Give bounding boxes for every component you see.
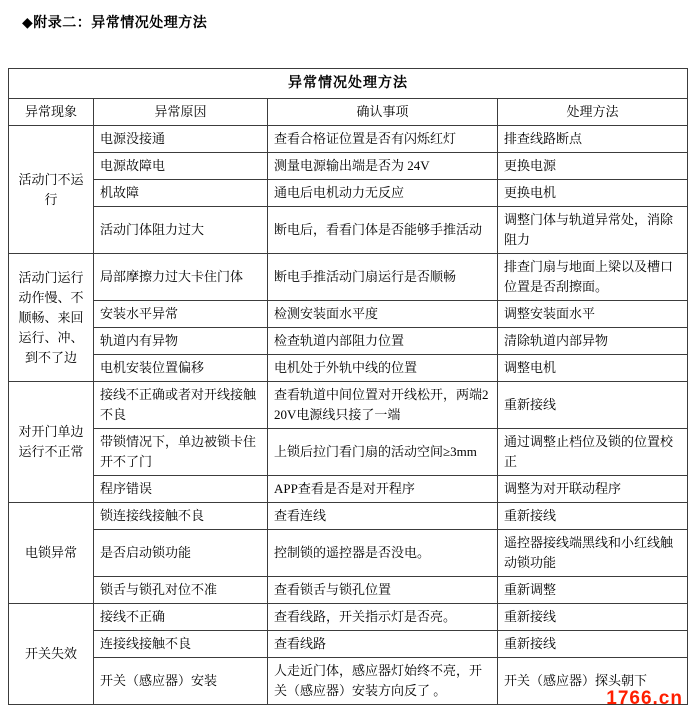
solution-cell: 排查线路断点 [498,126,688,153]
table-row: 对开门单边运行不正常接线不正确或者对开线接触不良查看轨道中间位置对开线松开，两端… [9,382,688,429]
cause-cell: 锁连接线接触不良 [94,503,268,530]
table-row: 轨道内有异物检查轨道内部阻力位置清除轨道内部异物 [9,328,688,355]
check-cell: 通电后电机动力无反应 [268,180,498,207]
check-cell: 控制锁的遥控器是否没电。 [268,530,498,577]
solution-cell: 重新调整 [498,577,688,604]
table-row: 机故障通电后电机动力无反应更换电机 [9,180,688,207]
solution-cell: 重新接线 [498,503,688,530]
solution-cell: 重新接线 [498,604,688,631]
check-cell: 断电后，看看门体是否能够手推活动 [268,207,498,254]
check-cell: 断电手推活动门扇运行是否顺畅 [268,254,498,301]
solution-cell: 更换电机 [498,180,688,207]
table-row: 连接线接触不良查看线路重新接线 [9,631,688,658]
phenomenon-cell: 活动门运行动作慢、不顺畅、来回运行、冲、到不了边 [9,254,94,382]
table-row: 活动门运行动作慢、不顺畅、来回运行、冲、到不了边局部摩擦力过大卡住门体断电手推活… [9,254,688,301]
check-cell: 查看线路，开关指示灯是否亮。 [268,604,498,631]
cause-cell: 电机安装位置偏移 [94,355,268,382]
check-cell: 查看线路 [268,631,498,658]
table-row: 电源故障电测量电源输出端是否为 24V更换电源 [9,153,688,180]
table-row: 安装水平异常检测安装面水平度调整安装面水平 [9,301,688,328]
check-cell: 查看连线 [268,503,498,530]
column-header-phenomenon: 异常现象 [9,99,94,126]
table-title-row: 异常情况处理方法 [9,69,688,99]
solution-cell: 遥控器接线端黑线和小红线触动锁功能 [498,530,688,577]
solution-cell: 重新接线 [498,631,688,658]
check-cell: 查看合格证位置是否有闪烁红灯 [268,126,498,153]
phenomenon-cell: 电锁异常 [9,503,94,604]
table-row: 程序错误APP查看是否是对开程序调整为对开联动程序 [9,476,688,503]
check-cell: 上锁后拉门看门扇的活动空间≥3mm [268,429,498,476]
solution-cell: 通过调整止档位及锁的位置校正 [498,429,688,476]
cause-cell: 轨道内有异物 [94,328,268,355]
cause-cell: 程序错误 [94,476,268,503]
cause-cell: 接线不正确 [94,604,268,631]
cause-cell: 开关（感应器）安装 [94,658,268,705]
cause-cell: 是否启动锁功能 [94,530,268,577]
solution-cell: 调整安装面水平 [498,301,688,328]
troubleshooting-table: 异常情况处理方法 异常现象 异常原因 确认事项 处理方法 活动门不运行电源没接通… [8,68,688,705]
watermark: 1766.cn [606,688,683,710]
solution-cell: 重新接线 [498,382,688,429]
solution-cell: 更换电源 [498,153,688,180]
check-cell: APP查看是否是对开程序 [268,476,498,503]
solution-cell: 排查门扇与地面上梁以及槽口位置是否刮擦面。 [498,254,688,301]
table-row: 电锁异常锁连接线接触不良查看连线重新接线 [9,503,688,530]
check-cell: 查看轨道中间位置对开线松开，两端220V电源线只接了一端 [268,382,498,429]
solution-cell: 调整门体与轨道异常处，消除阻力 [498,207,688,254]
document-page: ◆附录二：异常情况处理方法 异常情况处理方法 异常现象 异常原因 确认事项 处理… [0,0,695,720]
cause-cell: 锁舌与锁孔对位不准 [94,577,268,604]
table-title: 异常情况处理方法 [9,69,688,99]
solution-cell: 调整电机 [498,355,688,382]
table-row: 锁舌与锁孔对位不准查看锁舌与锁孔位置重新调整 [9,577,688,604]
phenomenon-cell: 对开门单边运行不正常 [9,382,94,503]
table-row: 带锁情况下，单边被锁卡住开不了门上锁后拉门看门扇的活动空间≥3mm通过调整止档位… [9,429,688,476]
table-body: 活动门不运行电源没接通查看合格证位置是否有闪烁红灯排查线路断点电源故障电测量电源… [9,126,688,705]
phenomenon-cell: 活动门不运行 [9,126,94,254]
table-row: 开关（感应器）安装人走近门体，感应器灯始终不亮，开关（感应器）安装方向反了 。开… [9,658,688,705]
check-cell: 检测安装面水平度 [268,301,498,328]
cause-cell: 机故障 [94,180,268,207]
column-header-check: 确认事项 [268,99,498,126]
check-cell: 测量电源输出端是否为 24V [268,153,498,180]
appendix-heading: ◆附录二：异常情况处理方法 [22,12,207,32]
table-row: 开关失效接线不正确查看线路，开关指示灯是否亮。重新接线 [9,604,688,631]
column-header-cause: 异常原因 [94,99,268,126]
cause-cell: 电源故障电 [94,153,268,180]
check-cell: 人走近门体，感应器灯始终不亮，开关（感应器）安装方向反了 。 [268,658,498,705]
check-cell: 检查轨道内部阻力位置 [268,328,498,355]
phenomenon-cell: 开关失效 [9,604,94,705]
cause-cell: 局部摩擦力过大卡住门体 [94,254,268,301]
table-row: 是否启动锁功能控制锁的遥控器是否没电。遥控器接线端黑线和小红线触动锁功能 [9,530,688,577]
cause-cell: 带锁情况下，单边被锁卡住开不了门 [94,429,268,476]
column-header-solution: 处理方法 [498,99,688,126]
check-cell: 查看锁舌与锁孔位置 [268,577,498,604]
column-header-row: 异常现象 异常原因 确认事项 处理方法 [9,99,688,126]
cause-cell: 连接线接触不良 [94,631,268,658]
cause-cell: 活动门体阻力过大 [94,207,268,254]
table-row: 活动门不运行电源没接通查看合格证位置是否有闪烁红灯排查线路断点 [9,126,688,153]
cause-cell: 安装水平异常 [94,301,268,328]
cause-cell: 电源没接通 [94,126,268,153]
solution-cell: 清除轨道内部异物 [498,328,688,355]
check-cell: 电机处于外轨中线的位置 [268,355,498,382]
cause-cell: 接线不正确或者对开线接触不良 [94,382,268,429]
solution-cell: 调整为对开联动程序 [498,476,688,503]
table-row: 活动门体阻力过大断电后，看看门体是否能够手推活动调整门体与轨道异常处，消除阻力 [9,207,688,254]
table-row: 电机安装位置偏移电机处于外轨中线的位置调整电机 [9,355,688,382]
